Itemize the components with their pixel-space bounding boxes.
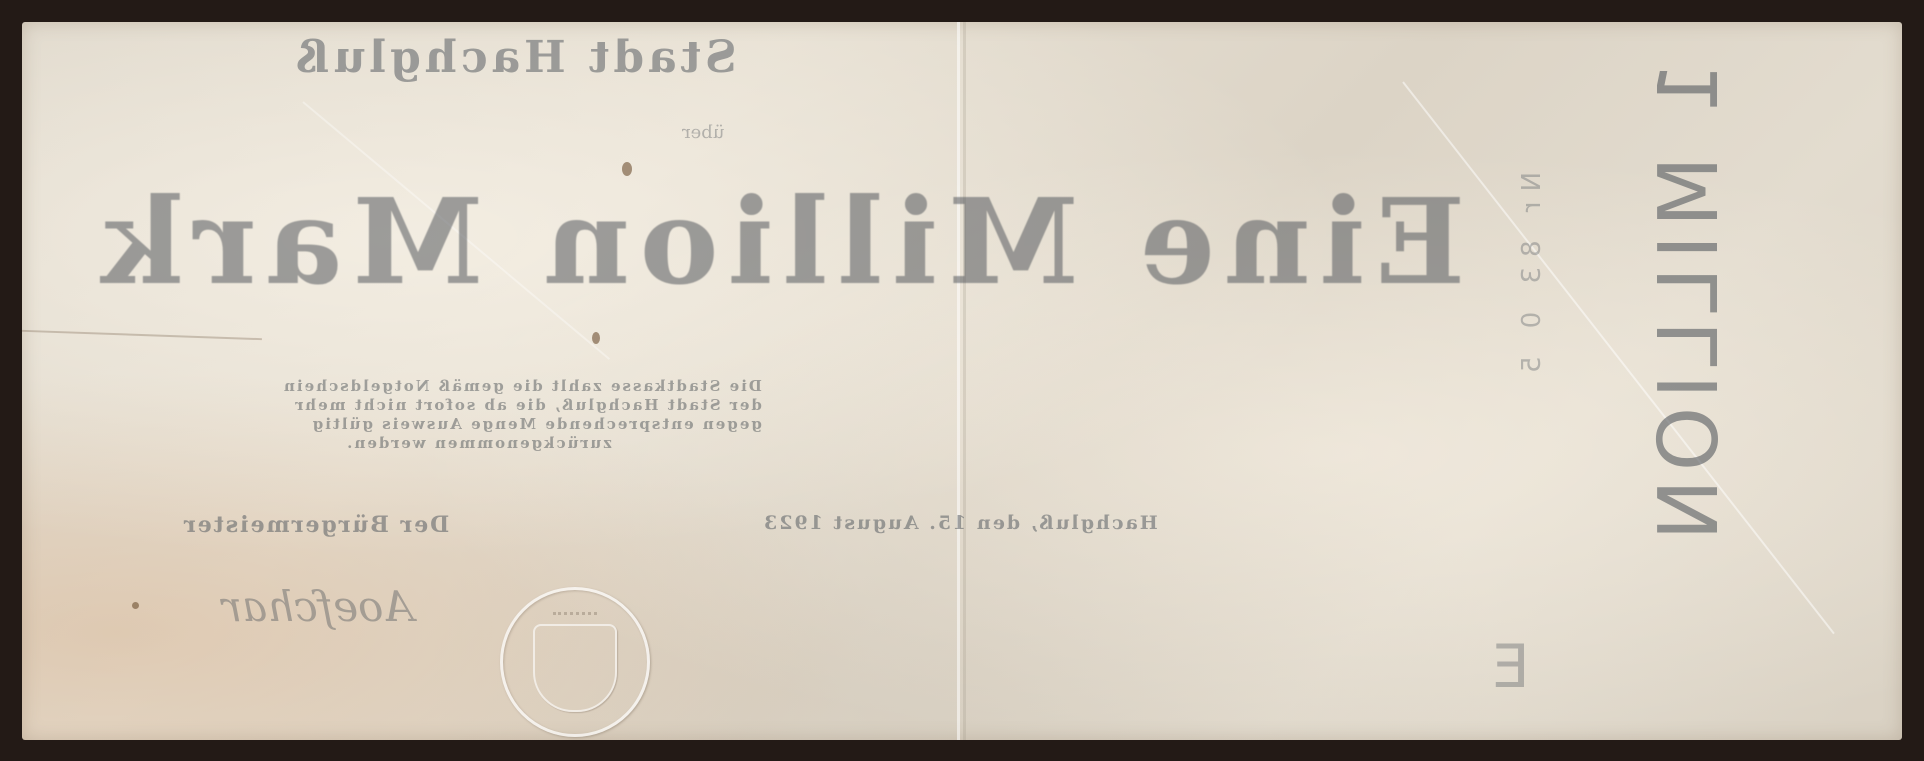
embossed-seal-icon xyxy=(500,587,650,737)
body-line: Die Stadtkasse zahlt die gemäß Notgeldsc… xyxy=(282,377,762,396)
body-line: der Stadt Hachgluß, die ab sofort nicht … xyxy=(282,396,762,415)
stain xyxy=(592,332,600,344)
stain xyxy=(622,162,632,176)
crown-icon xyxy=(553,612,597,633)
body-line: gegen entsprechende Menge Ausweis gültig xyxy=(282,415,762,434)
vertical-denomination: 1 MILLION xyxy=(1642,62,1737,549)
place-date: Hachgluß, den 15. August 1923 xyxy=(762,512,1158,534)
signature: Aoefchar xyxy=(222,582,414,631)
body-line: zurückgenommen werden. xyxy=(282,434,762,453)
vertical-fold-crease xyxy=(957,22,960,740)
left-edge-crease xyxy=(22,330,262,340)
office-title: Der Bürgermeister xyxy=(182,512,449,538)
denomination: Eine Million Mark xyxy=(92,172,1465,311)
diagonal-crease-right xyxy=(1402,81,1835,634)
stain xyxy=(132,602,139,609)
coat-of-arms-icon xyxy=(533,624,617,712)
banknote: Stadt Hachgluß über Eine Million Mark Di… xyxy=(22,22,1902,740)
body-text: Die Stadtkasse zahlt die gemäß Notgeldsc… xyxy=(282,377,762,453)
vertical-denomination-text: 1 MILLION xyxy=(1642,62,1737,549)
series-letter: E xyxy=(1492,632,1530,702)
issuer-line: Stadt Hachgluß xyxy=(292,32,737,83)
serial-number: Nr 83 0 5 xyxy=(1517,172,1547,383)
small-word: über xyxy=(682,122,724,143)
